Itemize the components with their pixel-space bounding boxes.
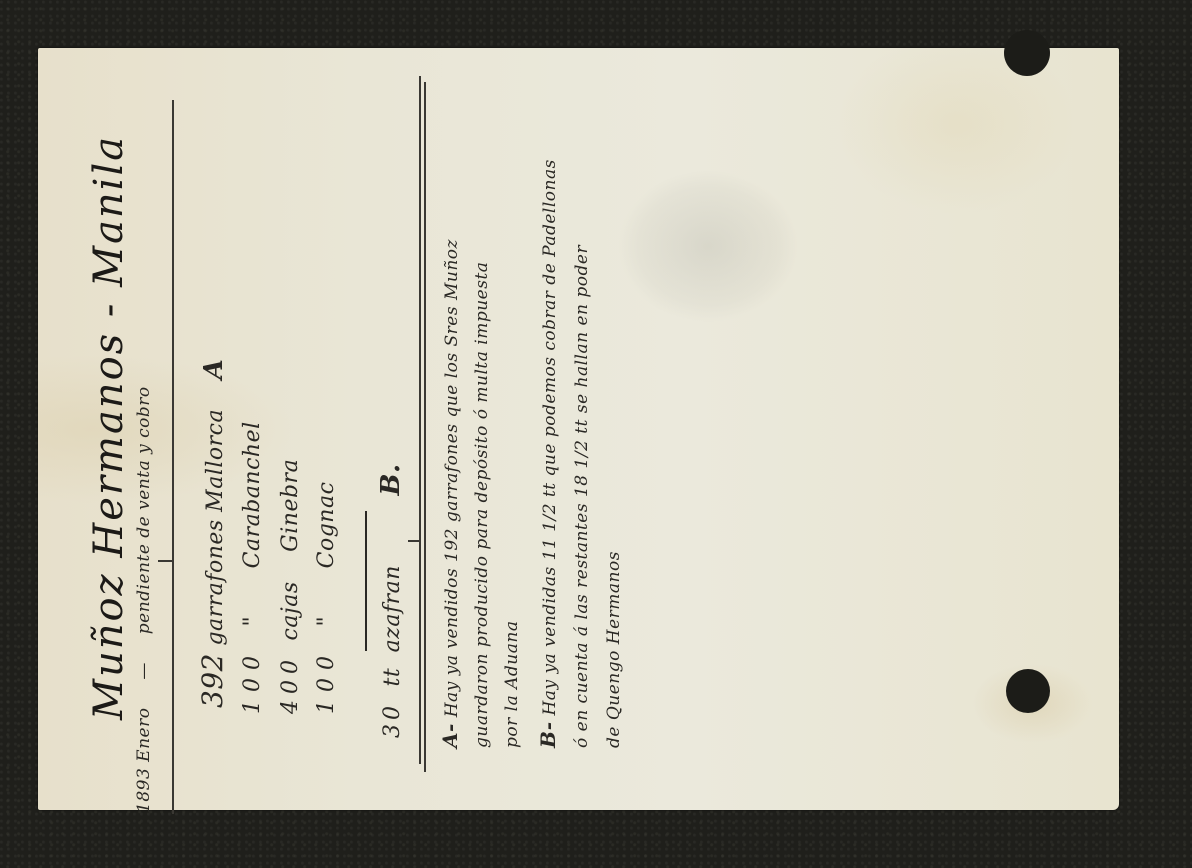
item-unit: garrafones xyxy=(203,519,228,645)
item-unit: cajas xyxy=(278,581,303,640)
item-qty: 400 xyxy=(278,654,303,714)
item-description: Mallorca xyxy=(203,409,228,512)
notes-rule-outer xyxy=(419,76,421,764)
date-line: 1893 Enero — pendiente de venta y cobro xyxy=(134,386,154,813)
item-unit: " xyxy=(240,616,265,627)
inventory-total-row: 30 tt azafran B. xyxy=(376,464,406,739)
note-text: Hay ya vendidos 192 garrafones que los S… xyxy=(442,239,462,717)
inventory-row: 392 garrafones Mallorca A xyxy=(196,359,229,708)
date: 1893 Enero xyxy=(134,708,154,813)
total-unit: tt xyxy=(380,668,405,687)
inventory-row: 100 " Carabanchel xyxy=(240,421,265,714)
total-qty: 30 xyxy=(380,702,405,738)
note-b-line-3: de Quengo Hermanos xyxy=(604,551,624,748)
note-a-line-3: por la Aduana xyxy=(502,621,522,748)
item-qty: 100 xyxy=(314,648,339,714)
note-text: Hay ya vendidas 11 1/2 tt que podemos co… xyxy=(540,159,560,715)
note-b-label: B- xyxy=(536,721,560,748)
punch-hole-top xyxy=(1004,30,1050,76)
total-tag: B. xyxy=(376,464,406,496)
item-description: Cognac xyxy=(314,482,339,569)
item-unit: " xyxy=(314,616,339,627)
card-title: Muñoz Hermanos - Manila xyxy=(86,135,132,720)
inventory-row: 400 cajas Ginebra xyxy=(278,459,303,714)
header-rule xyxy=(172,100,174,814)
subtitle: pendiente de venta y cobro xyxy=(134,386,154,634)
note-a-label: A- xyxy=(438,723,462,748)
notes-rule-inner xyxy=(424,82,426,772)
item-qty: 392 xyxy=(196,653,229,708)
note-a-line-2: guardaron producido para depósito ó mult… xyxy=(472,262,492,748)
item-description: Ginebra xyxy=(278,459,303,552)
rule-tick xyxy=(408,540,420,542)
item-qty: 100 xyxy=(240,648,265,714)
sum-underline xyxy=(365,511,367,651)
item-description: Carabanchel xyxy=(240,421,265,568)
note-b-line-2: ó en cuenta á las restantes 18 1/2 tt se… xyxy=(572,245,592,748)
inventory-row: 100 " Cognac xyxy=(314,482,339,714)
item-tag: A xyxy=(199,359,229,380)
index-card: Muñoz Hermanos - Manila 1893 Enero — pen… xyxy=(38,48,1119,810)
note-a-line-1: A- Hay ya vendidos 192 garrafones que lo… xyxy=(438,239,462,748)
rule-tick xyxy=(158,560,172,562)
note-b-line-1: B- Hay ya vendidas 11 1/2 tt que podemos… xyxy=(536,159,560,748)
total-description: azafran xyxy=(380,565,405,652)
punch-hole-bottom xyxy=(1006,669,1050,713)
date-dash: — xyxy=(134,662,154,680)
